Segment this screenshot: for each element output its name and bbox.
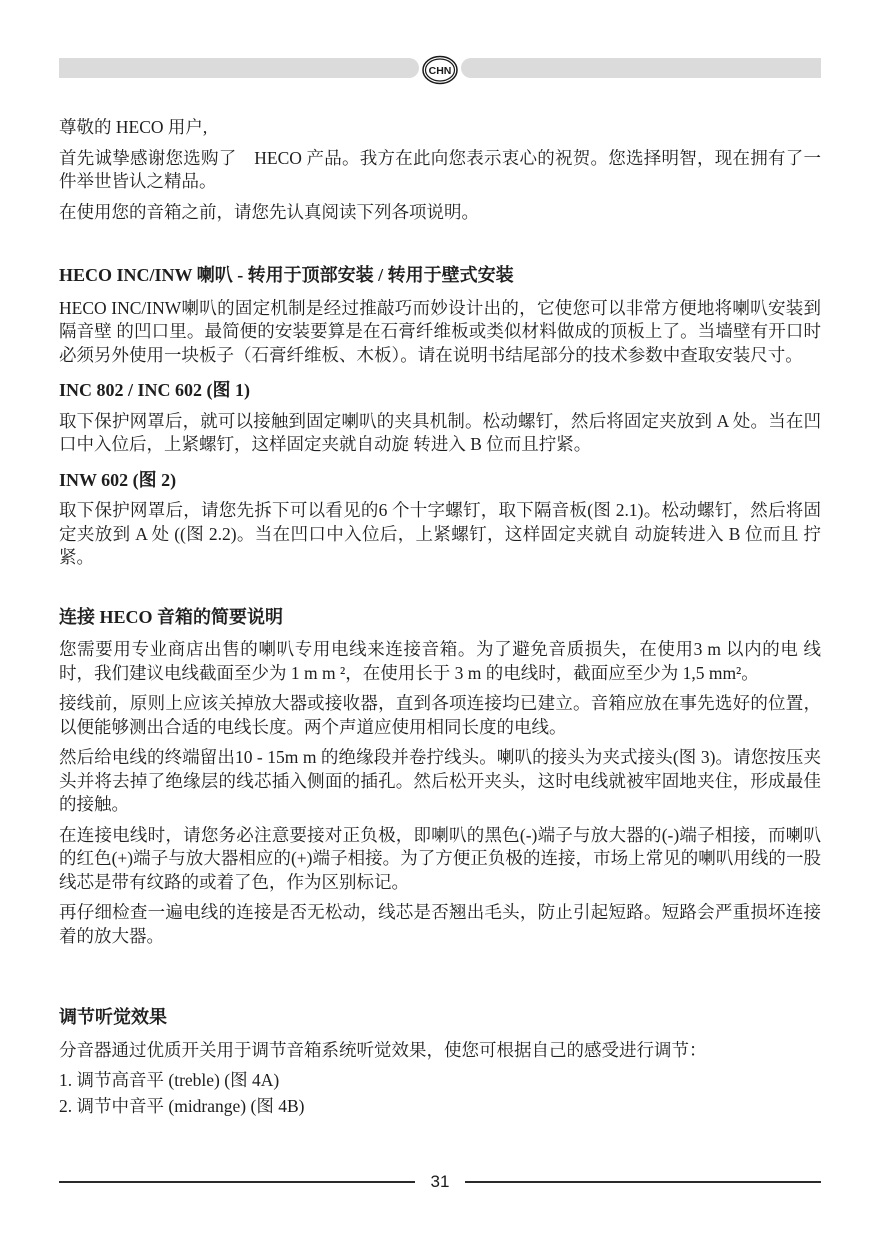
section-paragraph: HECO INC/INW喇叭的固定机制是经过推敲巧而妙设计出的，它使您可以非常方… bbox=[59, 297, 821, 368]
list-item-midrange: 2. 调节中音平 (midrange) (图 4B) bbox=[59, 1095, 821, 1119]
section-paragraph: 分音器通过优质开关用于调节音箱系统听觉效果，使您可根据自己的感受进行调节： bbox=[59, 1039, 821, 1063]
language-badge: CHN bbox=[421, 51, 459, 85]
footer-rule-left bbox=[59, 1181, 415, 1183]
section-paragraph: 您需要用专业商店出售的喇叭专用电线来连接音箱。为了避免音质损失，在使用3 m 以… bbox=[59, 638, 821, 685]
section-heading-installation: HECO INC/INW 喇叭 - 转用于顶部安装 / 转用于壁式安装 bbox=[59, 264, 821, 288]
section-paragraph: 接线前，原则上应该关掉放大器或接收器，直到各项连接均已建立。音箱应放在事先选好的… bbox=[59, 692, 821, 739]
section-heading-connection: 连接 HECO 音箱的简要说明 bbox=[59, 606, 821, 630]
subsection-paragraph: 取下保护网罩后，请您先拆下可以看见的6 个十字螺钉，取下隔音板(图 2.1)。松… bbox=[59, 499, 821, 570]
salutation: 尊敬的 HECO 用户, bbox=[59, 116, 821, 140]
section-paragraph: 在连接电线时，请您务必注意要接对正负极，即喇叭的黑色(-)端子与放大器的(-)端… bbox=[59, 824, 821, 895]
header-rule-left bbox=[59, 58, 419, 78]
language-badge-label: CHN bbox=[429, 65, 452, 77]
intro-paragraph: 首先诚挚感谢您选购了 HECO 产品。我方在此向您表示衷心的祝贺。您选择明智，现… bbox=[59, 147, 821, 194]
intro-paragraph: 在使用您的音箱之前，请您先认真阅读下列各项说明。 bbox=[59, 201, 821, 225]
subsection-heading-inc802: INC 802 / INC 602 (图 1) bbox=[59, 379, 821, 403]
section-paragraph: 然后给电线的终端留出10 - 15m m 的绝缘段并卷拧线头。喇叭的接头为夹式接… bbox=[59, 746, 821, 817]
header-rule-right bbox=[461, 58, 821, 78]
section-heading-sound-adjustment: 调节听觉效果 bbox=[59, 1006, 821, 1030]
footer-rule-right bbox=[465, 1181, 821, 1183]
manual-content: 尊敬的 HECO 用户, 首先诚挚感谢您选购了 HECO 产品。我方在此向您表示… bbox=[59, 116, 821, 1120]
language-badge-oval-icon: CHN bbox=[421, 55, 459, 85]
list-item-treble: 1. 调节高音平 (treble) (图 4A) bbox=[59, 1069, 821, 1093]
section-paragraph: 再仔细检查一遍电线的连接是否无松动，线芯是否翘出毛头，防止引起短路。短路会严重损… bbox=[59, 901, 821, 948]
subsection-paragraph: 取下保护网罩后，就可以接触到固定喇叭的夹具机制。松动螺钉，然后将固定夹放到 A … bbox=[59, 410, 821, 457]
header-band: CHN bbox=[59, 58, 821, 78]
subsection-heading-inw602: INW 602 (图 2) bbox=[59, 469, 821, 493]
page-footer: 31 bbox=[59, 1172, 821, 1192]
page-number: 31 bbox=[415, 1172, 466, 1192]
manual-page: CHN 尊敬的 HECO 用户, 首先诚挚感谢您选购了 HECO 产品。我方在此… bbox=[0, 0, 877, 1241]
